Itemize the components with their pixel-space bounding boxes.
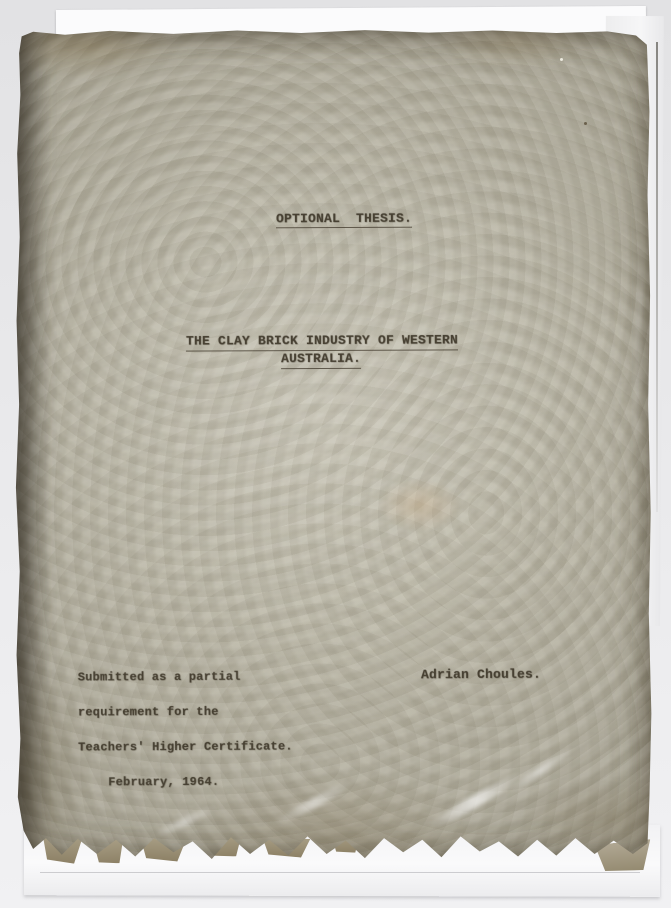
author-name: Adrian Choules. xyxy=(421,667,541,683)
sleeve-edge-line xyxy=(656,42,658,512)
submission-note: Submitted as a partial requirement for t… xyxy=(78,649,293,812)
inner-pages-bottom-seam xyxy=(40,872,640,873)
thesis-heading: OPTIONAL THESIS. xyxy=(276,211,412,229)
thesis-cover-photo: OPTIONAL THESIS. THE CLAY BRICK INDUSTRY… xyxy=(0,0,671,908)
submission-line: Submitted as a partial xyxy=(78,672,293,685)
thesis-title-line1: THE CLAY BRICK INDUSTRY OF WESTERN xyxy=(186,332,456,351)
paper-fleck xyxy=(560,58,563,61)
submission-date: February, 1964. xyxy=(78,776,293,789)
spine-shadow xyxy=(14,28,52,864)
thesis-title: THE CLAY BRICK INDUSTRY OF WESTERN AUSTR… xyxy=(186,332,456,369)
dust-speck xyxy=(584,122,587,125)
thesis-title-line2: AUSTRALIA. xyxy=(186,350,456,369)
submission-line: requirement for the xyxy=(78,707,293,720)
submission-line: Teachers' Higher Certificate. xyxy=(78,741,293,754)
thesis-heading-text: OPTIONAL THESIS. xyxy=(276,211,412,229)
